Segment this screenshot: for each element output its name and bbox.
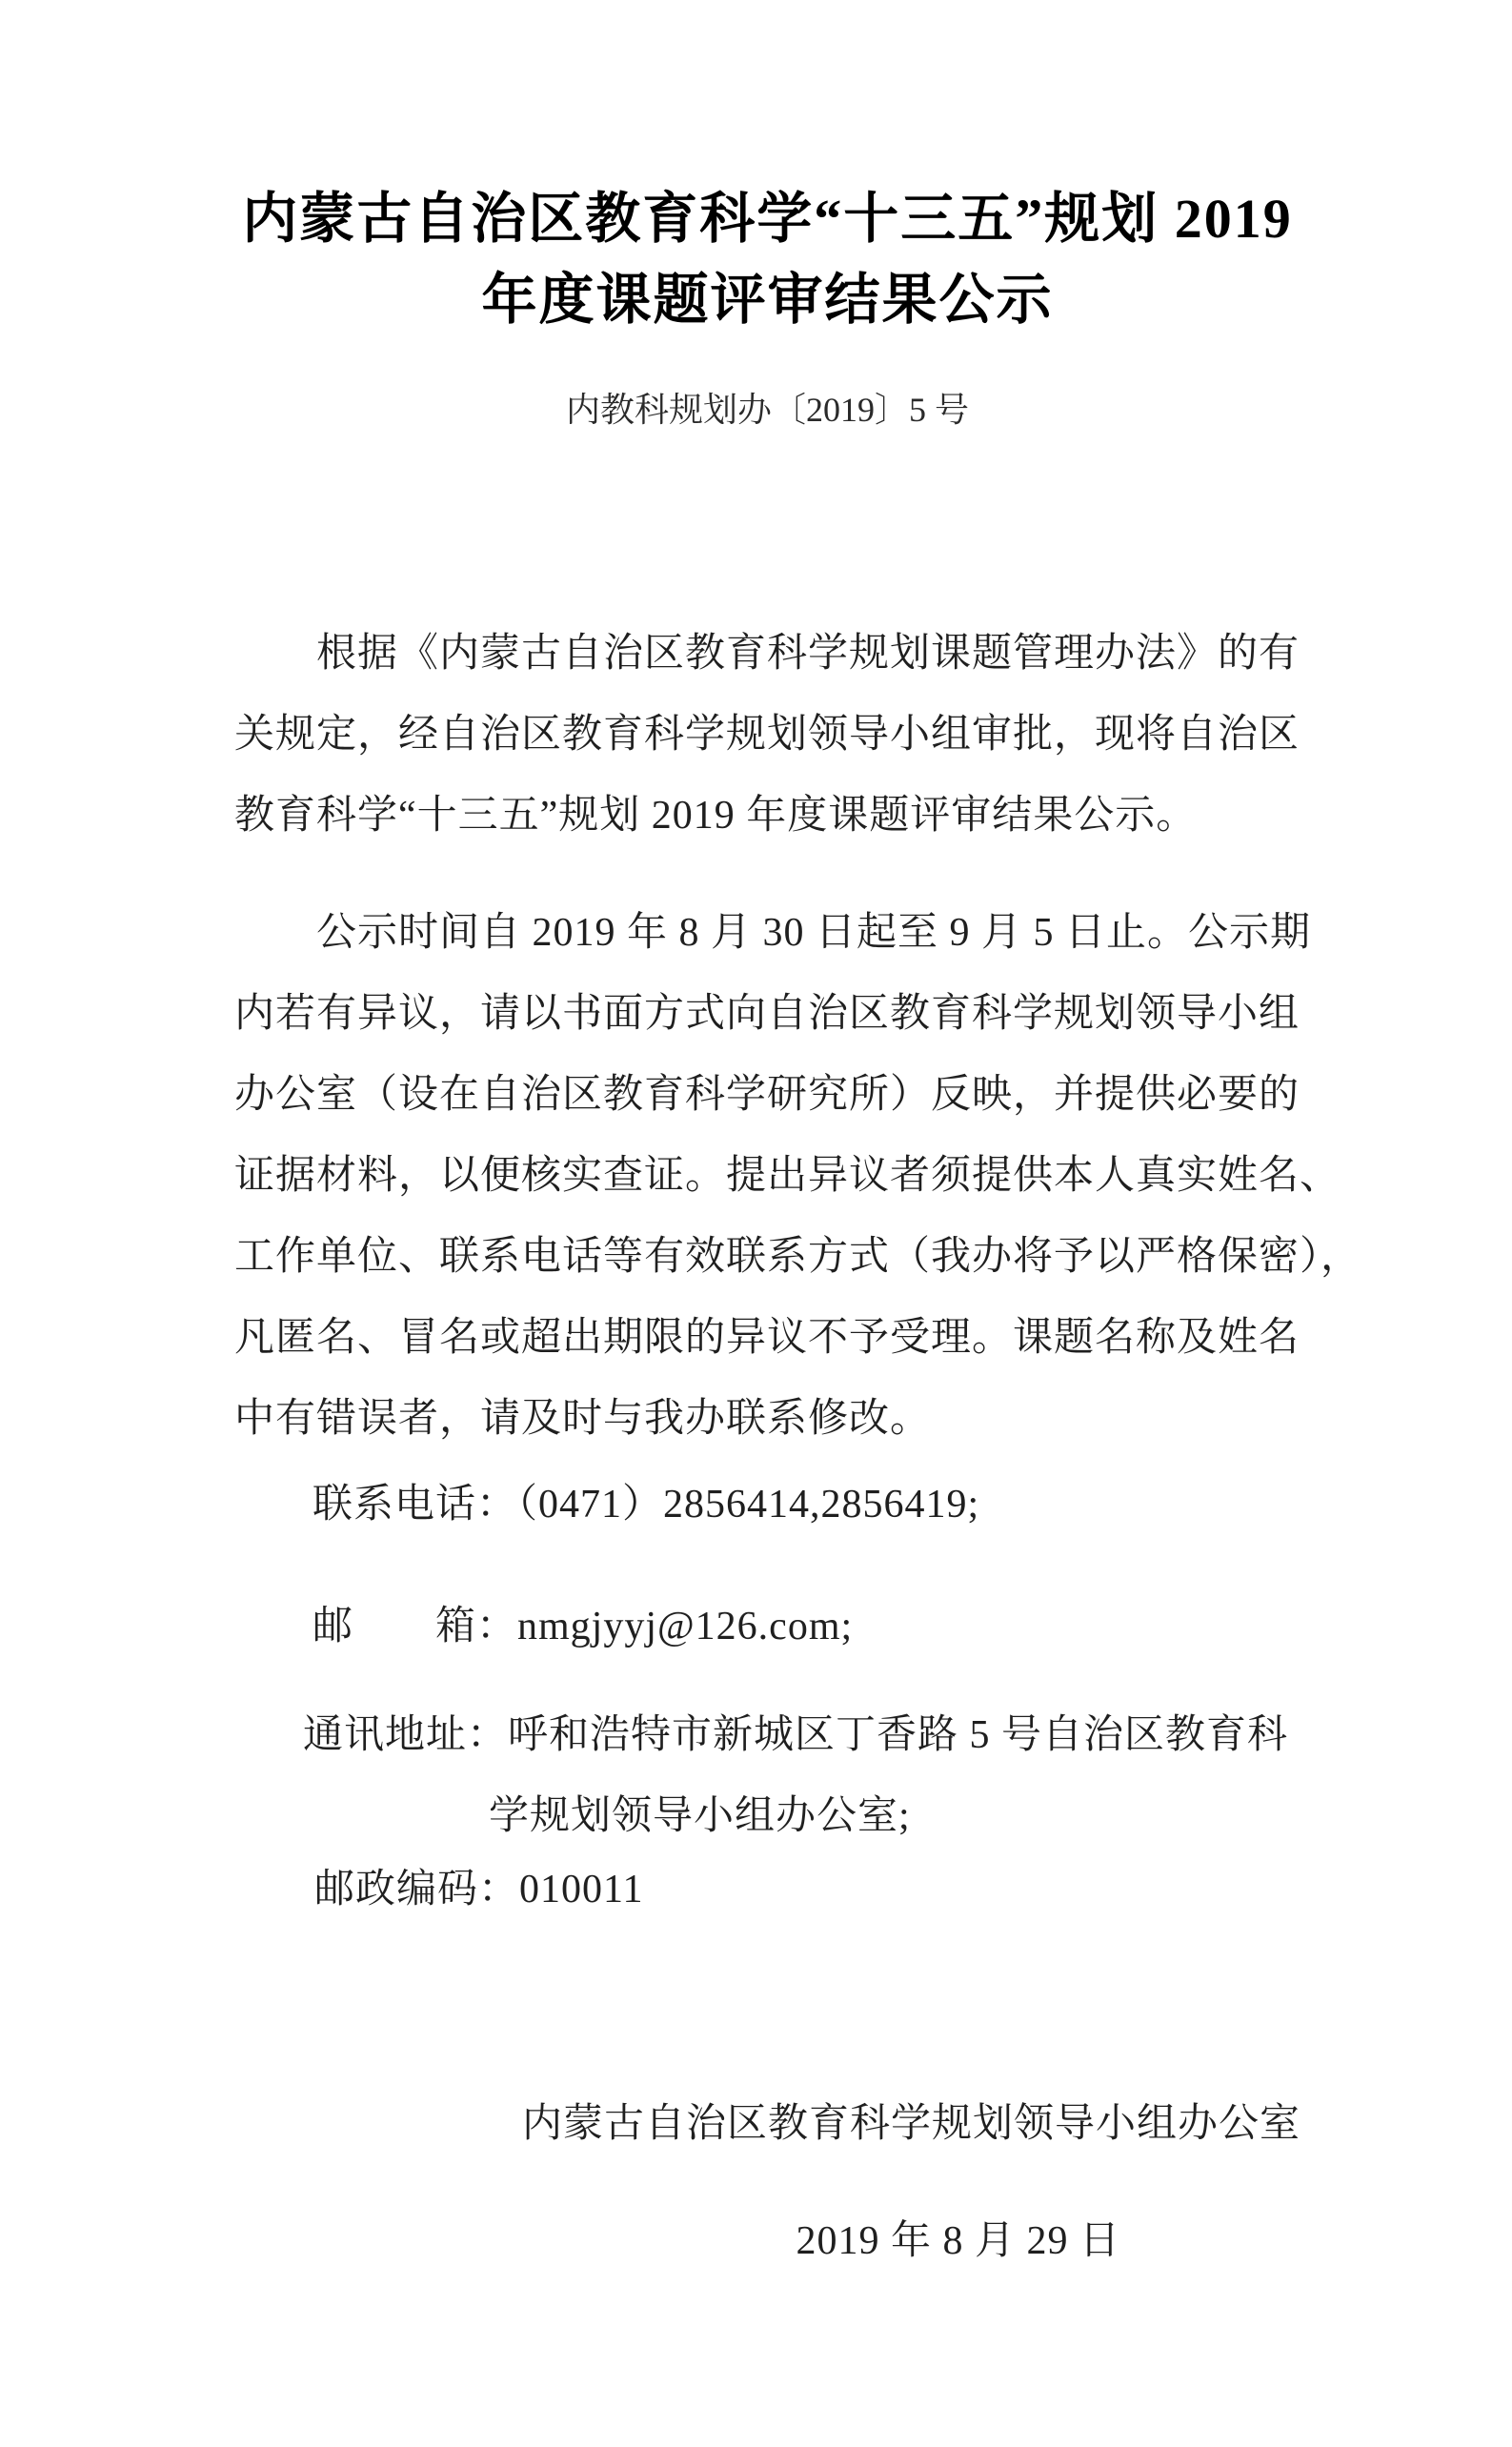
doc-number: 内教科规划办〔2019〕5 号	[234, 387, 1300, 433]
contact-postal-code: 邮政编码：010011	[234, 1850, 1381, 1931]
paragraph-1: 根据《内蒙古自治区教育科学规划课题管理办法》的有 关规定，经自治区教育科学规划领…	[234, 614, 1300, 857]
paragraph-2: 公示时间自 2019 年 8 月 30 日起至 9 月 5 日止。公示期 内若有…	[234, 893, 1300, 1460]
body-text-line: 公示时间自 2019 年 8 月 30 日起至 9 月 5 日止。公示期	[234, 893, 1300, 974]
contact-address-line-1: 通讯地址：呼和浩特市新城区丁香路 5 号自治区教育科	[234, 1695, 1300, 1776]
contact-address: 通讯地址：呼和浩特市新城区丁香路 5 号自治区教育科 学规划领导小组办公室;	[234, 1695, 1300, 1857]
body-text-line: 工作单位、联系电话等有效联系方式（我办将予以严格保密），	[234, 1217, 1300, 1298]
body-text-line: 内若有异议，请以书面方式向自治区教育科学规划领导小组	[234, 974, 1300, 1055]
page-title-line-1: 内蒙古自治区教育科学“十三五”规划 2019	[234, 178, 1300, 259]
body-text-line: 教育科学“十三五”规划 2019 年度课题评审结果公示。	[234, 776, 1300, 857]
page-title-line-2: 年度课题评审结果公示	[234, 259, 1300, 340]
body-text-line: 凡匿名、冒名或超出期限的异议不予受理。课题名称及姓名	[234, 1298, 1300, 1379]
body-text-line: 关规定，经自治区教育科学规划领导小组审批，现将自治区	[234, 695, 1300, 776]
signature-org: 内蒙古自治区教育科学规划领导小组办公室	[234, 2084, 1300, 2165]
document-page: 内蒙古自治区教育科学“十三五”规划 2019 年度课题评审结果公示 内教科规划办…	[0, 0, 1512, 2447]
signature-date: 2019 年 8 月 29 日	[234, 2201, 1300, 2282]
body-text-line: 根据《内蒙古自治区教育科学规划课题管理办法》的有	[234, 614, 1300, 695]
body-text-line: 中有错误者，请及时与我办联系修改。	[234, 1379, 1300, 1460]
page-title: 内蒙古自治区教育科学“十三五”规划 2019 年度课题评审结果公示	[234, 178, 1300, 340]
contact-email: 邮 箱：nmgjyyj@126.com;	[234, 1587, 1379, 1668]
contact-address-line-2: 学规划领导小组办公室;	[234, 1776, 1300, 1857]
body-text-line: 证据材料，以便核实查证。提出异议者须提供本人真实姓名、	[234, 1136, 1300, 1217]
body-text-line: 办公室（设在自治区教育科学研究所）反映，并提供必要的	[234, 1055, 1300, 1136]
contact-phone: 联系电话：（0471）2856414,2856419;	[234, 1465, 1379, 1546]
